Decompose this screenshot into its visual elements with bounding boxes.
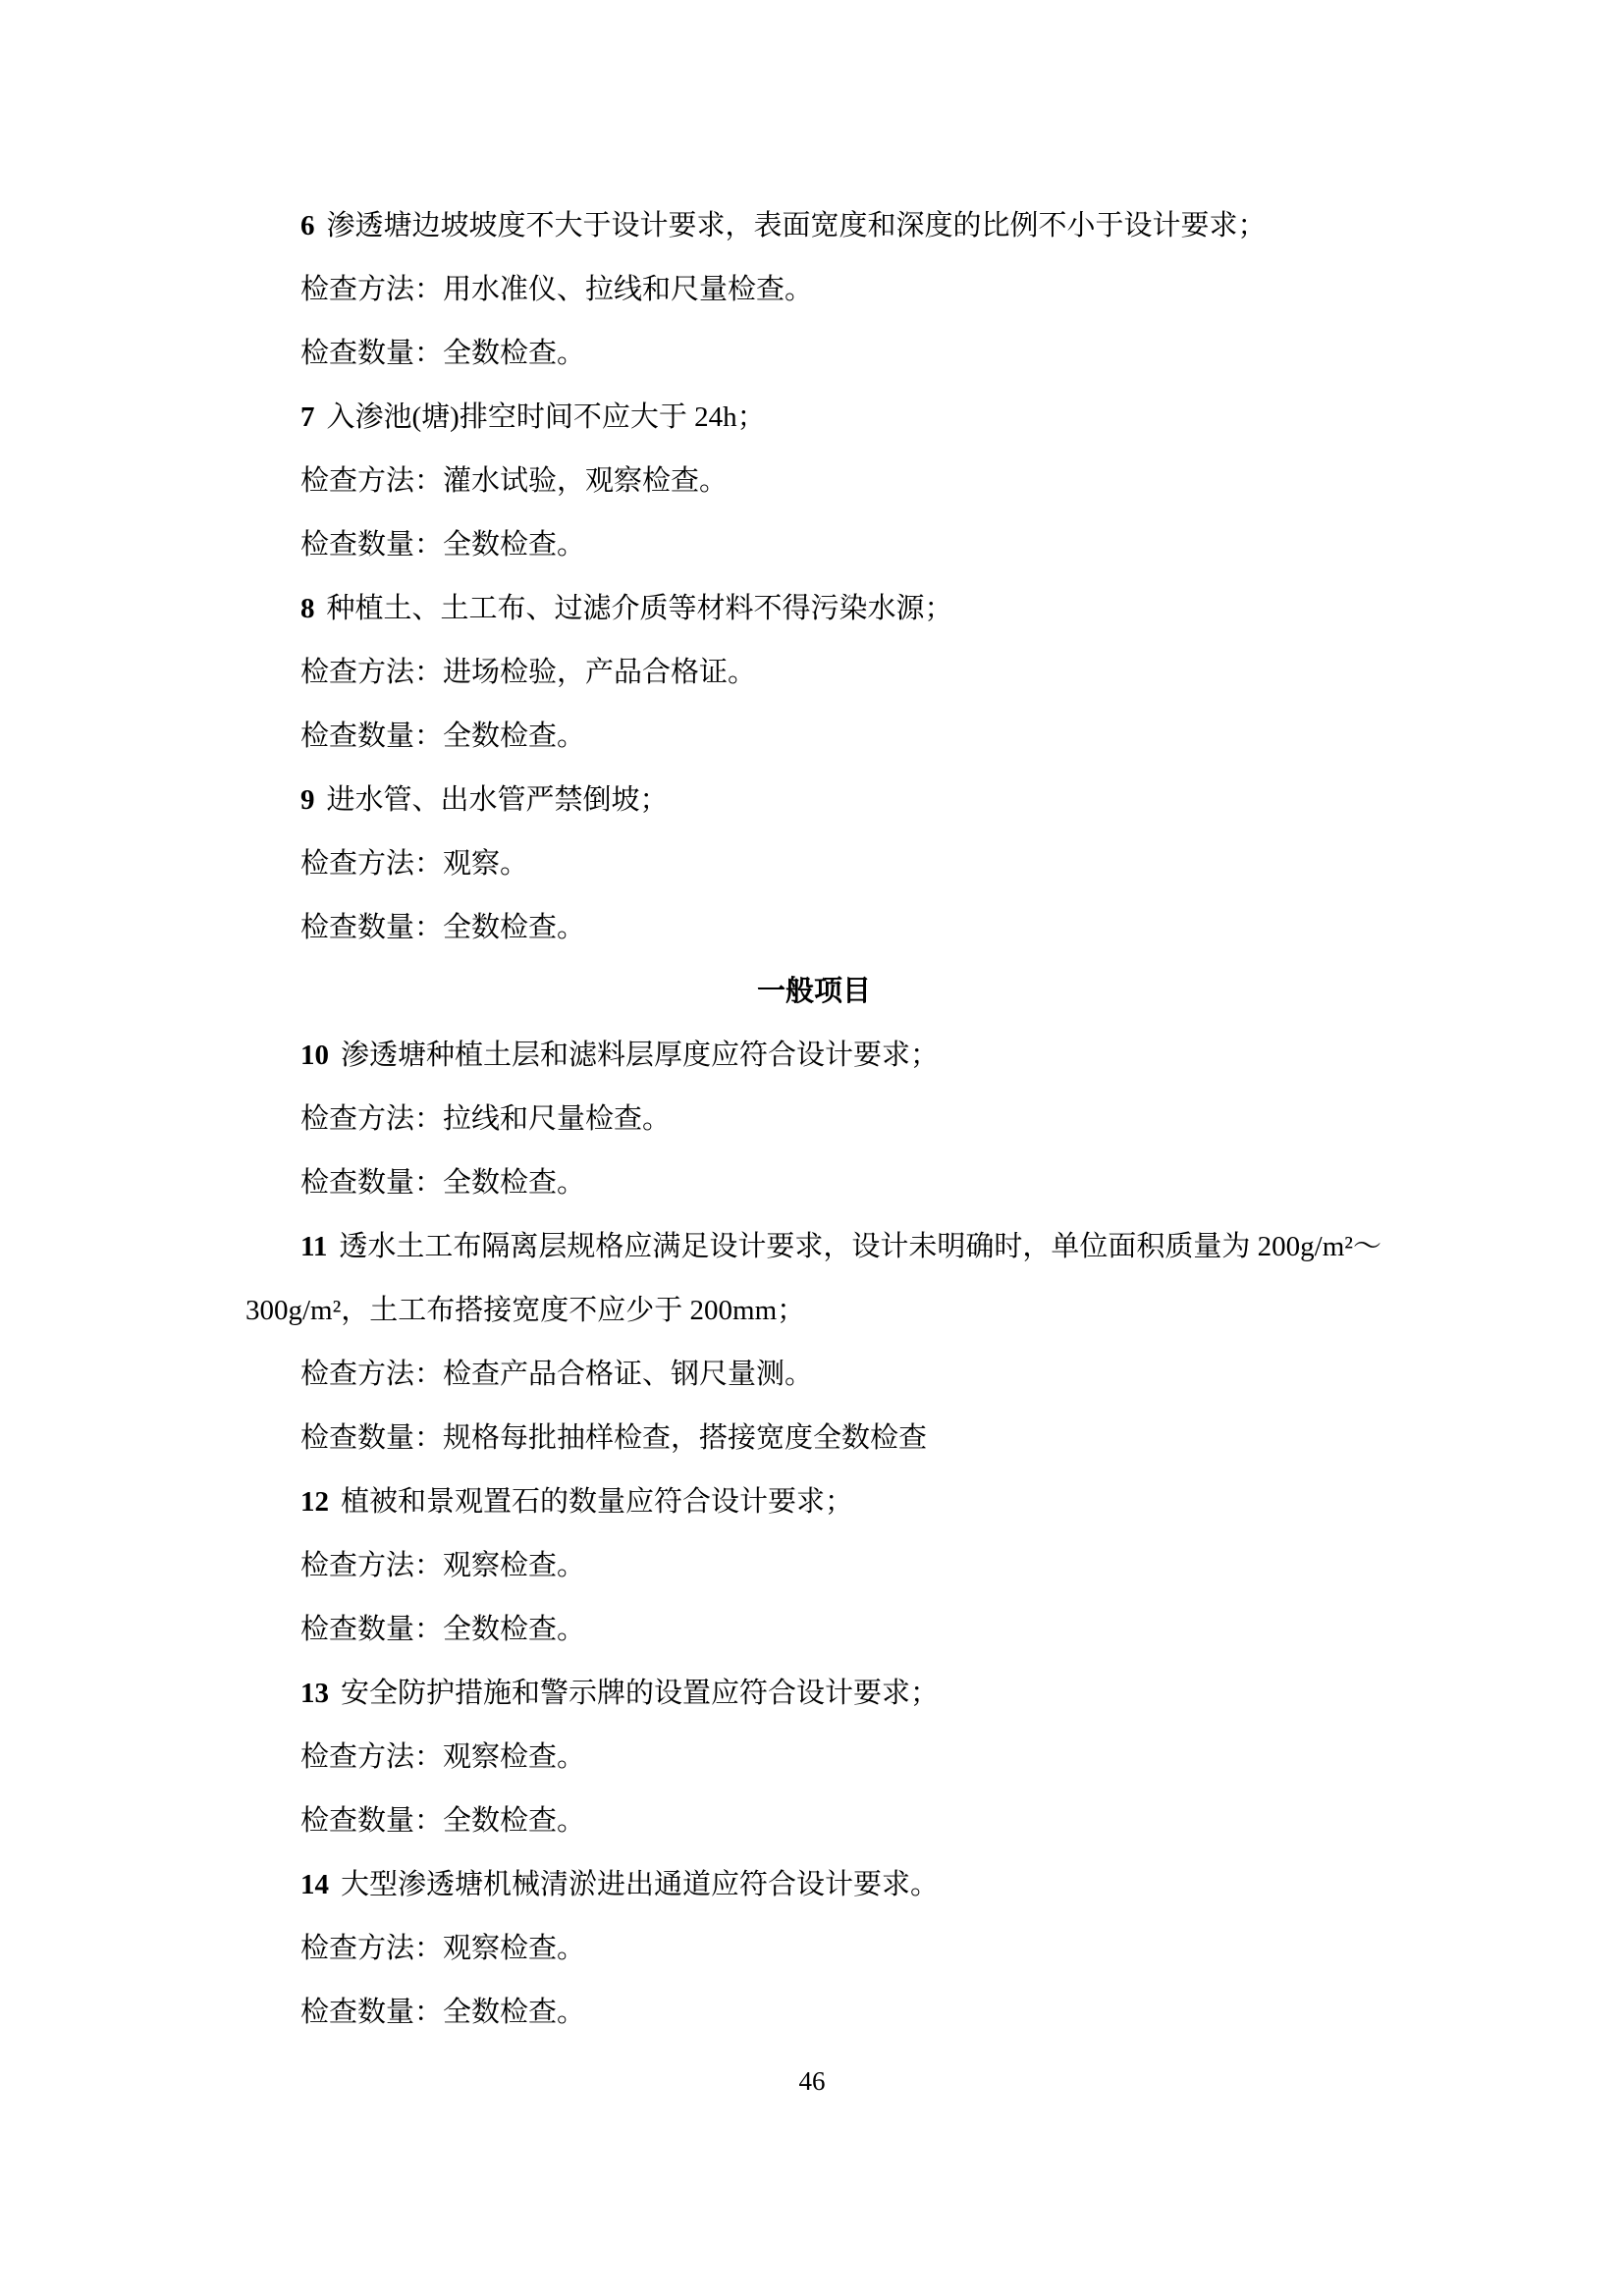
check-quantity-text: 检查数量：全数检查。 [300,721,585,752]
clause-number: 14 [300,1869,329,1900]
clause-item-14: 14大型渗透塘机械清淤进出通道应符合设计要求。 [245,1853,1382,1917]
document-body: 6渗透塘边坡坡度不大于设计要求，表面宽度和深度的比例不小于设计要求； 检查方法：… [245,194,1382,2045]
check-quantity-text: 检查数量：全数检查。 [300,1997,585,2028]
clause-item-8: 8种植土、土工布、过滤介质等材料不得污染水源； [245,577,1382,641]
check-quantity-text: 检查数量：全数检查。 [300,1614,585,1645]
check-method-line: 检查方法：观察检查。 [245,1534,1382,1598]
clause-item-6: 6渗透塘边坡坡度不大于设计要求，表面宽度和深度的比例不小于设计要求； [245,194,1382,258]
check-quantity-text: 检查数量：全数检查。 [300,529,585,561]
check-method-line: 检查方法：拉线和尺量检查。 [245,1088,1382,1151]
check-method-line: 检查方法：检查产品合格证、钢尺量测。 [245,1343,1382,1407]
clause-number: 10 [300,1040,329,1071]
clause-item-12: 12植被和景观置石的数量应符合设计要求； [245,1470,1382,1534]
check-quantity-line: 检查数量：全数检查。 [245,1789,1382,1853]
clause-item-7: 7入渗池(塘)排空时间不应大于 24h； [245,386,1382,450]
clause-item-11-continuation: 300g/m²，土工布搭接宽度不应少于 200mm； [245,1279,1382,1343]
clause-number: 12 [300,1486,329,1518]
check-method-text: 检查方法：用水准仪、拉线和尺量检查。 [300,274,813,305]
check-method-text: 检查方法：进场检验，产品合格证。 [300,657,756,688]
check-quantity-text: 检查数量：全数检查。 [300,1805,585,1837]
clause-text: 透水土工布隔离层规格应满足设计要求，设计未明确时，单位面积质量为 200g/m²… [339,1231,1381,1262]
check-method-text: 检查方法：拉线和尺量检查。 [300,1103,671,1135]
clause-text: 渗透塘种植土层和滤料层厚度应符合设计要求； [341,1040,939,1071]
clause-text: 种植土、土工布、过滤介质等材料不得污染水源； [327,593,953,624]
check-quantity-line: 检查数量：全数检查。 [245,705,1382,769]
check-quantity-text: 检查数量：全数检查。 [300,1167,585,1199]
check-quantity-line: 检查数量：全数检查。 [245,322,1382,386]
clause-continuation-text: 300g/m²，土工布搭接宽度不应少于 200mm； [245,1295,805,1326]
clause-number: 6 [300,210,315,241]
document-page: 6渗透塘边坡坡度不大于设计要求，表面宽度和深度的比例不小于设计要求； 检查方法：… [0,0,1624,2296]
check-quantity-text: 检查数量：全数检查。 [300,912,585,943]
check-method-line: 检查方法：观察检查。 [245,1917,1382,1981]
clause-number: 13 [300,1678,329,1709]
check-method-text: 检查方法：观察检查。 [300,1933,585,1964]
check-quantity-text: 检查数量：全数检查。 [300,338,585,369]
check-method-text: 检查方法：检查产品合格证、钢尺量测。 [300,1359,813,1390]
clause-item-10: 10渗透塘种植土层和滤料层厚度应符合设计要求； [245,1024,1382,1088]
clause-text: 植被和景观置石的数量应符合设计要求； [341,1486,853,1518]
check-method-text: 检查方法：观察检查。 [300,1550,585,1581]
check-method-text: 检查方法：观察检查。 [300,1741,585,1773]
check-quantity-line: 检查数量：全数检查。 [245,513,1382,577]
check-method-line: 检查方法：进场检验，产品合格证。 [245,641,1382,705]
check-quantity-line: 检查数量：全数检查。 [245,1598,1382,1662]
section-header: 一般项目 [245,960,1382,1024]
check-quantity-line: 检查数量：全数检查。 [245,1981,1382,2045]
check-method-text: 检查方法：灌水试验，观察检查。 [300,465,728,497]
check-method-line: 检查方法：灌水试验，观察检查。 [245,450,1382,513]
check-quantity-text: 检查数量：规格每批抽样检查，搭接宽度全数检查 [300,1422,927,1454]
clause-text: 渗透塘边坡坡度不大于设计要求，表面宽度和深度的比例不小于设计要求； [327,210,1267,241]
clause-number: 8 [300,593,315,624]
check-quantity-line: 检查数量：全数检查。 [245,896,1382,960]
clause-item-13: 13安全防护措施和警示牌的设置应符合设计要求； [245,1662,1382,1726]
check-method-text: 检查方法：观察。 [300,848,528,880]
page-number: 46 [0,2061,1624,2101]
clause-text: 进水管、出水管严禁倒坡； [327,784,669,816]
check-quantity-line: 检查数量：规格每批抽样检查，搭接宽度全数检查 [245,1407,1382,1470]
check-quantity-line: 检查数量：全数检查。 [245,1151,1382,1215]
clause-text: 大型渗透塘机械清淤进出通道应符合设计要求。 [341,1869,939,1900]
clause-number: 11 [300,1231,327,1262]
clause-text: 入渗池(塘)排空时间不应大于 24h； [327,401,766,433]
check-method-line: 检查方法：观察。 [245,832,1382,896]
check-method-line: 检查方法：观察检查。 [245,1726,1382,1789]
clause-item-9: 9进水管、出水管严禁倒坡； [245,769,1382,832]
clause-number: 7 [300,401,315,433]
clause-item-11: 11透水土工布隔离层规格应满足设计要求，设计未明确时，单位面积质量为 200g/… [245,1215,1382,1279]
clause-text: 安全防护措施和警示牌的设置应符合设计要求； [341,1678,939,1709]
clause-number: 9 [300,784,315,816]
section-header-text: 一般项目 [757,976,871,1007]
check-method-line: 检查方法：用水准仪、拉线和尺量检查。 [245,258,1382,322]
